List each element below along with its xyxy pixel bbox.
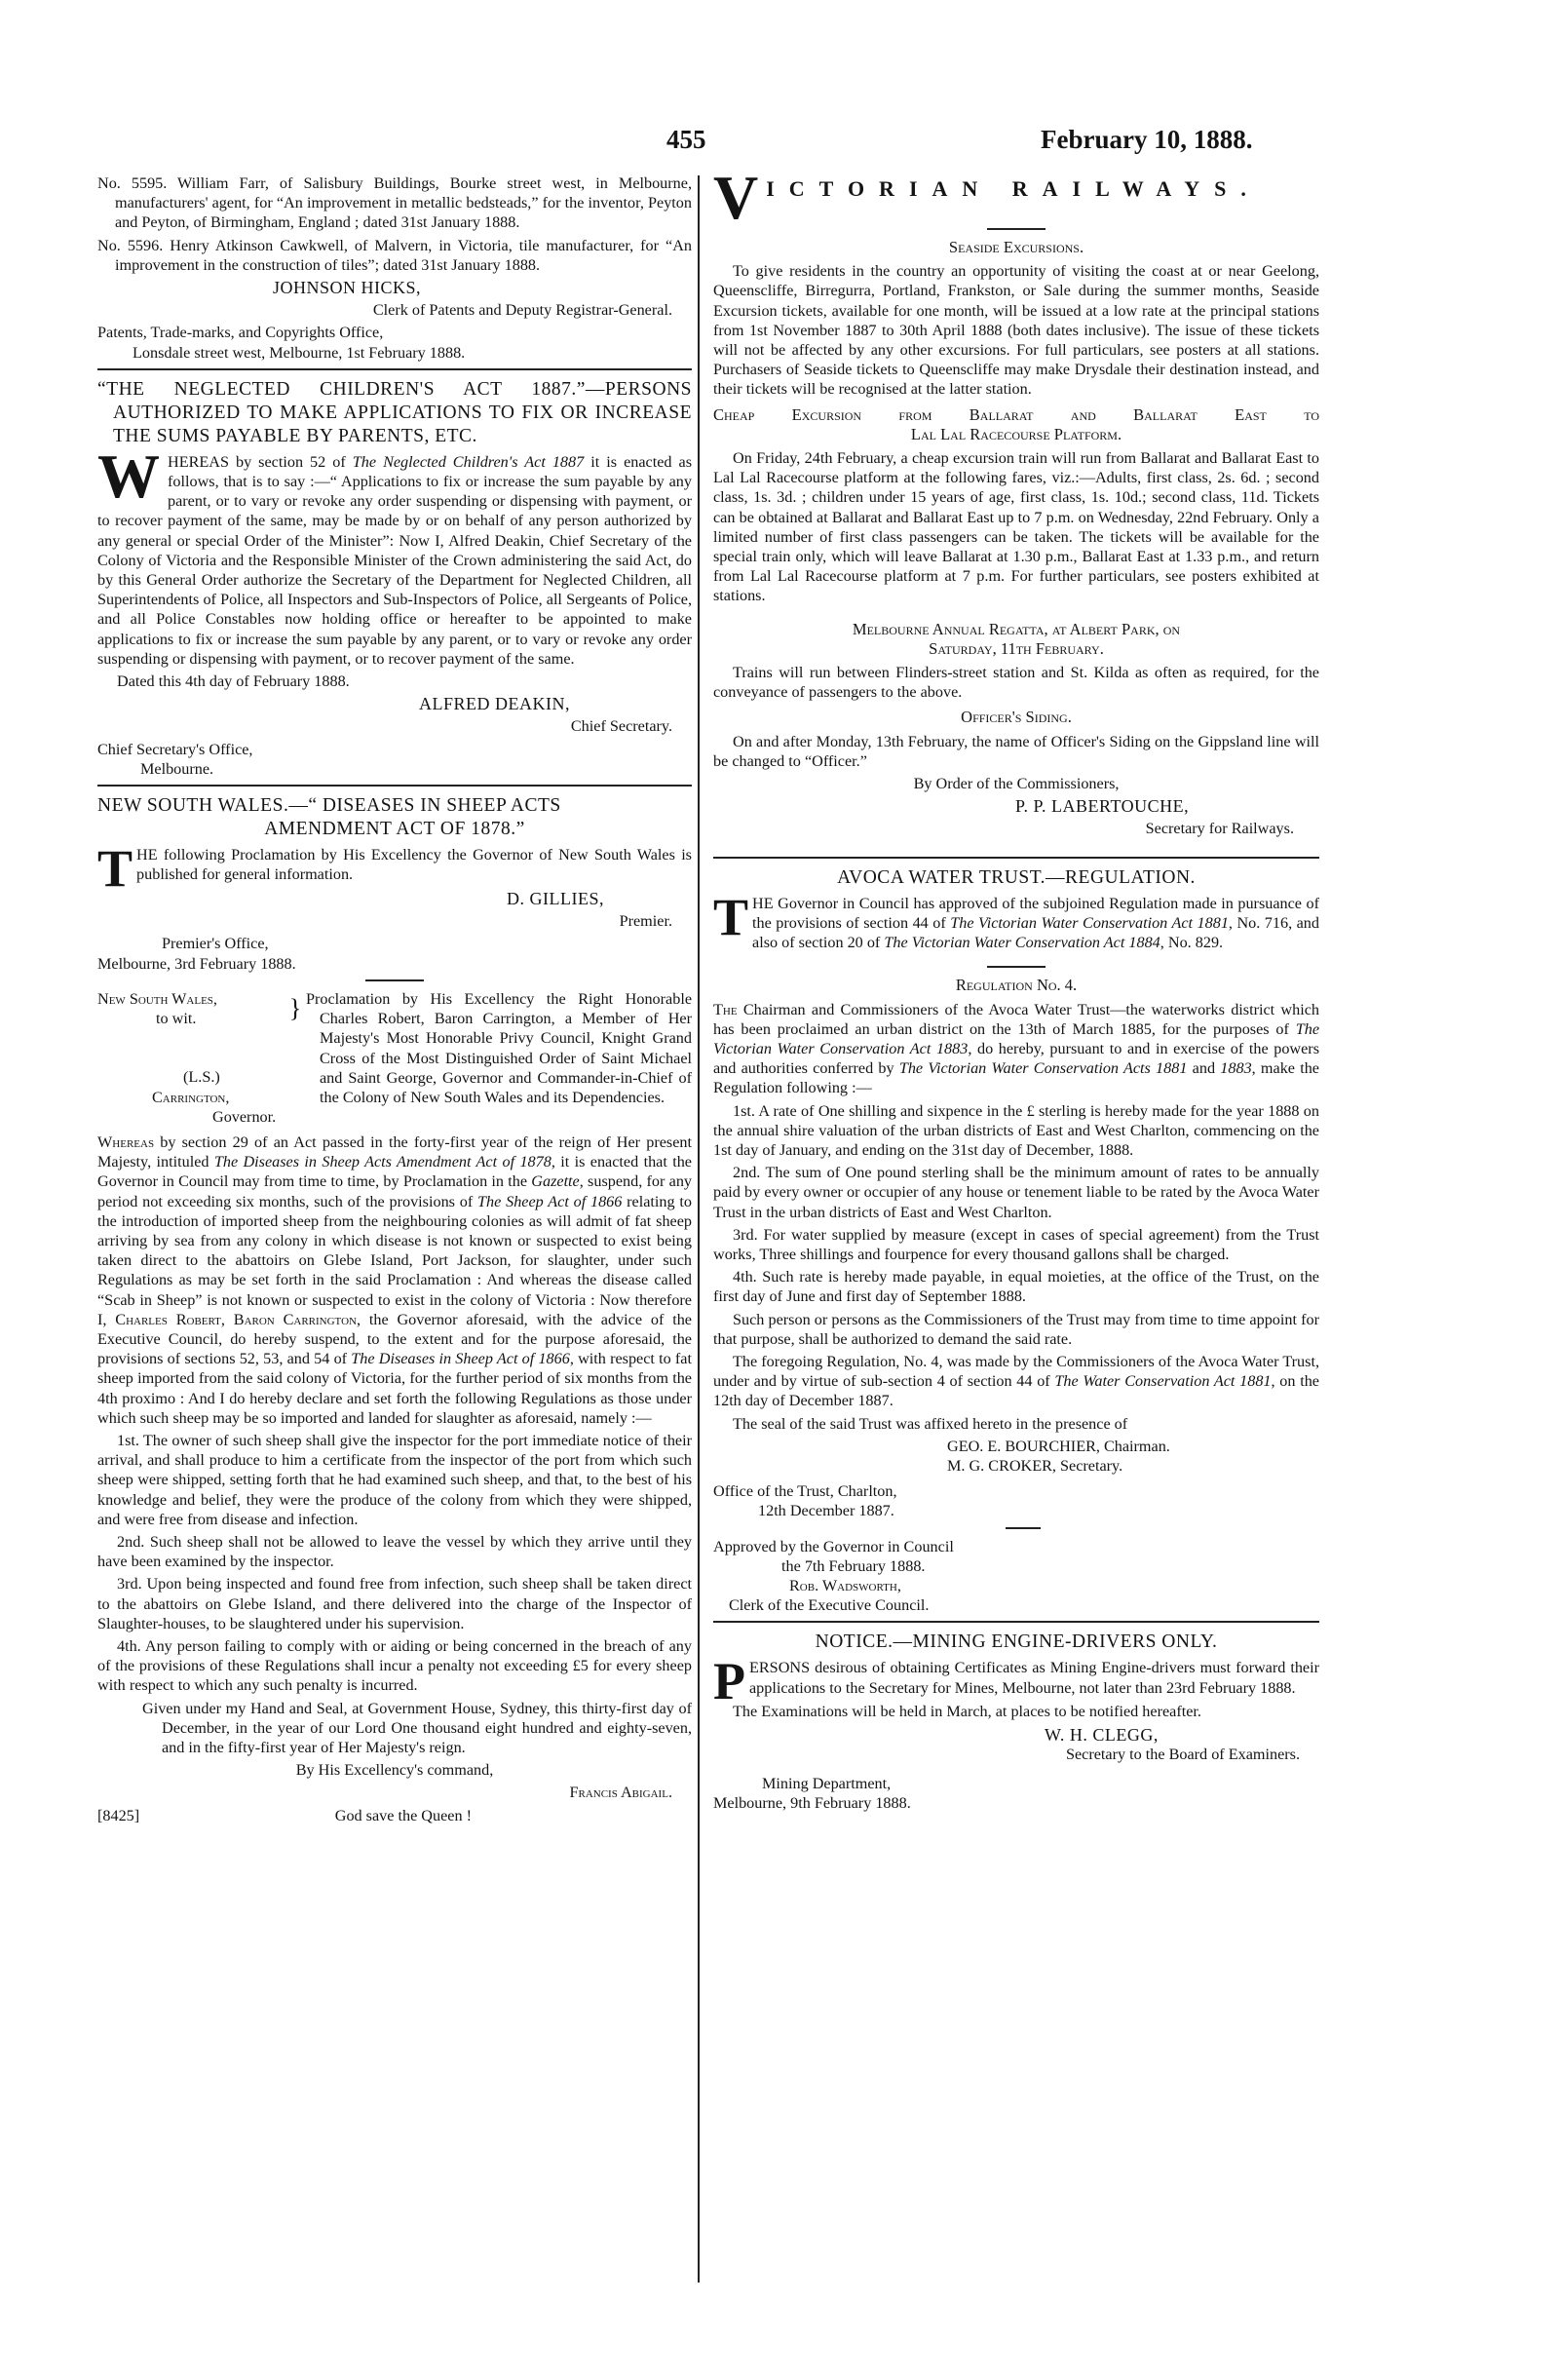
page-header: 455 February 10, 1888. bbox=[0, 125, 1559, 164]
dropcap: V bbox=[713, 173, 758, 222]
mining-engine-drivers-notice: NOTICE.—MINING ENGINE-DRIVERS ONLY. PERS… bbox=[713, 1631, 1319, 1813]
signatory-title: Clerk of Patents and Deputy Registrar-Ge… bbox=[97, 300, 692, 320]
right-column: V ICTORIAN RAILWAYS. Seaside Excursions.… bbox=[713, 173, 1319, 1813]
office-date: Melbourne, 9th February 1888. bbox=[713, 1793, 1319, 1813]
signatory-title: Premier. bbox=[97, 911, 692, 931]
signatory-name: ALFRED DEAKIN, bbox=[419, 694, 692, 713]
regulation-item: 4th. Any person failing to comply with o… bbox=[97, 1636, 692, 1696]
signatory-name: D. GILLIES, bbox=[507, 889, 692, 908]
regulation-item: 3rd. For water supplied by measure (exce… bbox=[713, 1225, 1319, 1264]
notice-dated: Dated this 4th day of February 1888. bbox=[97, 672, 692, 691]
seaside-body: To give residents in the country an oppo… bbox=[713, 261, 1319, 399]
office-address: Office of the Trust, Charlton, bbox=[713, 1481, 1319, 1501]
brace-icon: } bbox=[288, 989, 302, 1127]
notice-body: WHEREAS by section 52 of The Neglected C… bbox=[97, 452, 692, 669]
section-divider bbox=[713, 857, 1319, 859]
regulation-item: 2nd. Such sheep shall not be allowed to … bbox=[97, 1532, 692, 1571]
command-signatory: Francis Abigail. bbox=[97, 1783, 692, 1802]
left-column: No. 5595. William Farr, of Salisbury Bui… bbox=[97, 173, 692, 1825]
subsection-heading: Cheap Excursion from Ballarat and Ballar… bbox=[713, 405, 1319, 425]
by-order: By Order of the Commissioners, bbox=[713, 774, 1319, 793]
nsw-sheep-notice: NEW SOUTH WALES.—“ DISEASES IN SHEEP ACT… bbox=[97, 794, 692, 1825]
notice-headline: NEW SOUTH WALES.—“ DISEASES IN SHEEP ACT… bbox=[97, 794, 692, 818]
office-address: Mining Department, bbox=[762, 1774, 1319, 1793]
governor-name: Carrington, bbox=[97, 1088, 288, 1107]
secretary-signature: M. G. CROKER, Secretary. bbox=[947, 1456, 1319, 1476]
regulation-item: 3rd. Upon being inspected and found free… bbox=[97, 1574, 692, 1633]
examinations-note: The Examinations will be held in March, … bbox=[713, 1702, 1319, 1721]
governor-title: Governor. bbox=[97, 1107, 288, 1127]
avoca-water-trust-notice: AVOCA WATER TRUST.—REGULATION. THE Gover… bbox=[713, 866, 1319, 1616]
signatory-title: Secretary to the Board of Examiners. bbox=[713, 1745, 1319, 1764]
regulation-preamble: The Chairman and Commissioners of the Av… bbox=[713, 1000, 1319, 1098]
dropcap: T bbox=[97, 848, 133, 889]
short-divider bbox=[365, 979, 424, 981]
signatory-name: JOHNSON HICKS, bbox=[273, 278, 692, 297]
patents-notice: No. 5595. William Farr, of Salisbury Bui… bbox=[97, 173, 692, 363]
subsection-heading-cont: Saturday, 11th February. bbox=[713, 639, 1319, 659]
patent-entry: No. 5596. Henry Atkinson Cawkwell, of Ma… bbox=[97, 236, 692, 275]
signatory-name: W. H. CLEGG, bbox=[1045, 1725, 1319, 1745]
regatta-body: Trains will run between Flinders-street … bbox=[713, 663, 1319, 702]
notice-intro: THE Governor in Council has approved of … bbox=[713, 894, 1319, 953]
given-under-hand: Given under my Hand and Seal, at Governm… bbox=[97, 1699, 692, 1758]
subsection-heading: Melbourne Annual Regatta, at Albert Park… bbox=[713, 620, 1319, 639]
by-command: By His Excellency's command, bbox=[97, 1760, 692, 1780]
short-divider bbox=[987, 228, 1046, 230]
proclamation-block: New South Wales, to wit. (L.S.) Carringt… bbox=[97, 989, 692, 1127]
dropcap: P bbox=[713, 1661, 745, 1702]
god-save-the-queen: God save the Queen ! bbox=[335, 1806, 472, 1825]
clerk-name: Rob. Wadsworth, bbox=[713, 1576, 1319, 1595]
notice-intro: THE following Proclamation by His Excell… bbox=[97, 845, 692, 884]
notice-headline: “The Neglected Children's Act 1887.”—Per… bbox=[97, 378, 692, 448]
notice-headline-cont: AMENDMENT ACT OF 1878.” bbox=[97, 818, 692, 841]
office-date: 12th December 1887. bbox=[713, 1501, 1319, 1520]
page-number: 455 bbox=[666, 125, 706, 155]
short-divider bbox=[987, 966, 1046, 968]
cheap-excursion-body: On Friday, 24th February, a cheap excurs… bbox=[713, 448, 1319, 606]
siding-body: On and after Monday, 13th February, the … bbox=[713, 732, 1319, 771]
notice-footer: [8425] God save the Queen ! bbox=[97, 1806, 692, 1825]
foregoing-clause: The foregoing Regulation, No. 4, was mad… bbox=[713, 1352, 1319, 1411]
chairman-signature: GEO. E. BOURCHIER, Chairman. bbox=[947, 1437, 1319, 1456]
signatory-title: Chief Secretary. bbox=[97, 716, 692, 736]
railways-title: V ICTORIAN RAILWAYS. bbox=[713, 173, 1319, 222]
regulation-item: 1st. The owner of such sheep shall give … bbox=[97, 1431, 692, 1529]
notice-body: PERSONS desirous of obtaining Certificat… bbox=[713, 1658, 1319, 1697]
office-address: Patents, Trade-marks, and Copyrights Off… bbox=[97, 323, 692, 342]
dropcap: W bbox=[97, 452, 160, 501]
section-divider bbox=[713, 1621, 1319, 1623]
section-divider bbox=[97, 785, 692, 787]
regulation-item: 1st. A rate of One shilling and sixpence… bbox=[713, 1101, 1319, 1161]
regulation-item: 4th. Such rate is hereby made payable, i… bbox=[713, 1267, 1319, 1306]
patent-entry: No. 5595. William Farr, of Salisbury Bui… bbox=[97, 173, 692, 233]
office-address: Premier's Office, bbox=[97, 934, 692, 953]
subsection-heading: Officer's Siding. bbox=[713, 708, 1319, 727]
reference-number: [8425] bbox=[97, 1806, 139, 1825]
proclamation-jurisdiction: New South Wales, to wit. (L.S.) Carringt… bbox=[97, 989, 288, 1127]
office-date: Lonsdale street west, Melbourne, 1st Feb… bbox=[97, 343, 692, 363]
column-divider bbox=[698, 175, 700, 2283]
signatory-title: Secretary for Railways. bbox=[713, 819, 1319, 838]
dropcap: T bbox=[713, 897, 748, 938]
whereas-clause: Whereas by section 29 of an Act passed i… bbox=[97, 1132, 692, 1428]
seal-mark: (L.S.) bbox=[97, 1067, 288, 1087]
approved-date: the 7th February 1888. bbox=[713, 1556, 1319, 1576]
notice-headline: NOTICE.—MINING ENGINE-DRIVERS ONLY. bbox=[713, 1631, 1319, 1654]
regulation-item: Such person or persons as the Commission… bbox=[713, 1310, 1319, 1349]
signatory-name: P. P. LABERTOUCHE, bbox=[1015, 796, 1319, 816]
proclamation-title: Proclamation by His Excellency the Right… bbox=[302, 989, 692, 1127]
office-date: Melbourne, 3rd February 1888. bbox=[97, 954, 692, 974]
short-divider bbox=[1006, 1527, 1041, 1529]
office-city: Melbourne. bbox=[97, 759, 692, 779]
regulation-item: 2nd. The sum of One pound sterling shall… bbox=[713, 1163, 1319, 1222]
section-divider bbox=[97, 368, 692, 370]
approved-line: Approved by the Governor in Council bbox=[713, 1537, 1319, 1556]
subsection-heading: Seaside Excursions. bbox=[713, 238, 1319, 257]
subsection-heading-cont: Lal Lal Racecourse Platform. bbox=[713, 425, 1319, 444]
neglected-children-notice: “The Neglected Children's Act 1887.”—Per… bbox=[97, 378, 692, 779]
seal-clause: The seal of the said Trust was affixed h… bbox=[713, 1414, 1319, 1434]
gazette-date: February 10, 1888. bbox=[1041, 125, 1252, 155]
victorian-railways-notice: V ICTORIAN RAILWAYS. Seaside Excursions.… bbox=[713, 173, 1319, 839]
regulation-heading: Regulation No. 4. bbox=[713, 976, 1319, 995]
notice-headline: AVOCA WATER TRUST.—REGULATION. bbox=[713, 866, 1319, 890]
office-address: Chief Secretary's Office, bbox=[97, 740, 692, 759]
clerk-title: Clerk of the Executive Council. bbox=[713, 1595, 1319, 1615]
